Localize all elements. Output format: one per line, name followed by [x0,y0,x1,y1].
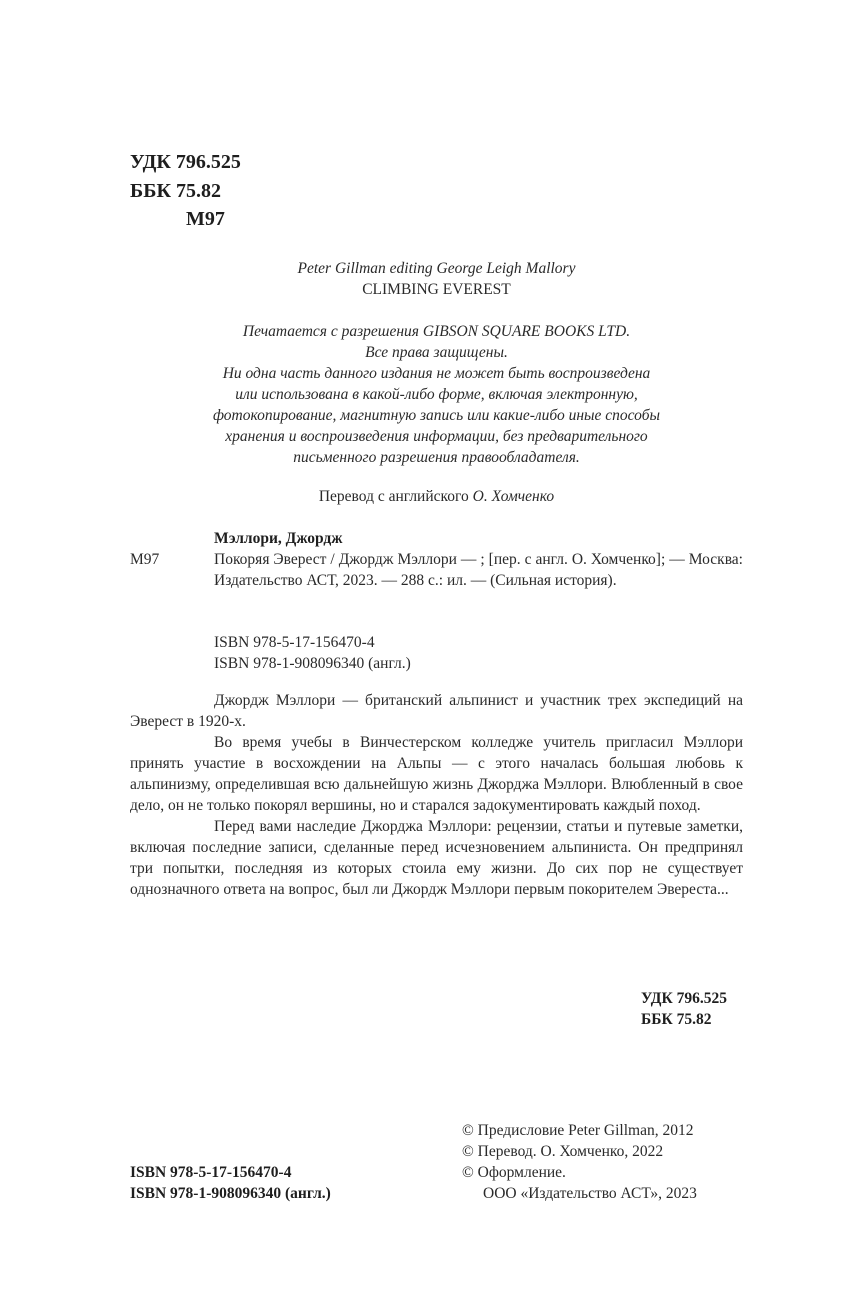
original-credit: Peter Gillman editing George Leigh Mallo… [130,258,743,279]
translator-prefix: Перевод с английского [319,488,473,505]
udk-code: УДК 796.525 [641,988,727,1009]
rights-line: Ни одна часть данного издания не может б… [130,363,743,384]
rights-line: фотокопирование, магнитную запись или ка… [130,405,743,426]
rights-line: Печатается с разрешения GIBSON SQUARE BO… [130,321,743,342]
bbk-code: ББК 75.82 [130,177,241,206]
rights-line: Все права защищены. [130,342,743,363]
translator-name: О. Хомченко [473,488,555,505]
author-mark: М97 [130,205,241,234]
copyright-foreword: © Предисловие Peter Gillman, 2012 [462,1120,697,1141]
rights-line: хранения и воспроизведения информации, б… [130,426,743,447]
rights-notice: Печатается с разрешения GIBSON SQUARE BO… [130,321,743,468]
rights-line: или использована в какой-либо форме, вкл… [130,384,743,405]
catalog-description-text: Покоряя Эверест / Джордж Мэллори — ; [пе… [214,549,743,591]
copyright-translation: © Перевод. О. Хомченко, 2022 [462,1141,697,1162]
copyright-design: © Оформление. [462,1162,697,1183]
isbn-russian: ISBN 978-5-17-156470-4 [214,632,411,653]
catalog-isbn: ISBN 978-5-17-156470-4 ISBN 978-1-908096… [214,632,411,674]
annotation-paragraph: Во время учебы в Винчестерском колледже … [130,732,743,816]
annotation-paragraph: Джордж Мэллори — британский альпинист и … [130,690,743,732]
copyright-block: © Предисловие Peter Gillman, 2012 © Пере… [462,1120,697,1204]
isbn-english: ISBN 978-1-908096340 (англ.) [130,1183,331,1204]
bottom-classification-codes: УДК 796.525 ББК 75.82 [641,988,727,1030]
catalog-author-heading: Мэллори, Джордж [214,528,342,549]
annotation-paragraph: Перед вами наследие Джорджа Мэллори: рец… [130,816,743,900]
top-classification-codes: УДК 796.525 ББК 75.82 М97 [130,148,241,234]
catalog-description: Покоряя Эверест / Джордж Мэллори — ; [пе… [214,549,743,591]
original-title: CLIMBING EVEREST [130,279,743,300]
isbn-russian: ISBN 978-5-17-156470-4 [130,1162,331,1183]
annotation: Джордж Мэллори — британский альпинист и … [130,690,743,900]
bottom-isbn: ISBN 978-5-17-156470-4 ISBN 978-1-908096… [130,1162,331,1204]
isbn-english: ISBN 978-1-908096340 (англ.) [214,653,411,674]
translator-credit: Перевод с английского О. Хомченко [130,486,743,507]
bbk-code: ББК 75.82 [641,1009,727,1030]
copyright-design-holder: ООО «Издательство АСТ», 2023 [462,1183,697,1204]
original-edition: Peter Gillman editing George Leigh Mallo… [130,258,743,300]
catalog-code: М97 [130,549,159,570]
udk-code: УДК 796.525 [130,148,241,177]
rights-line: письменного разрешения правообладателя. [130,447,743,468]
